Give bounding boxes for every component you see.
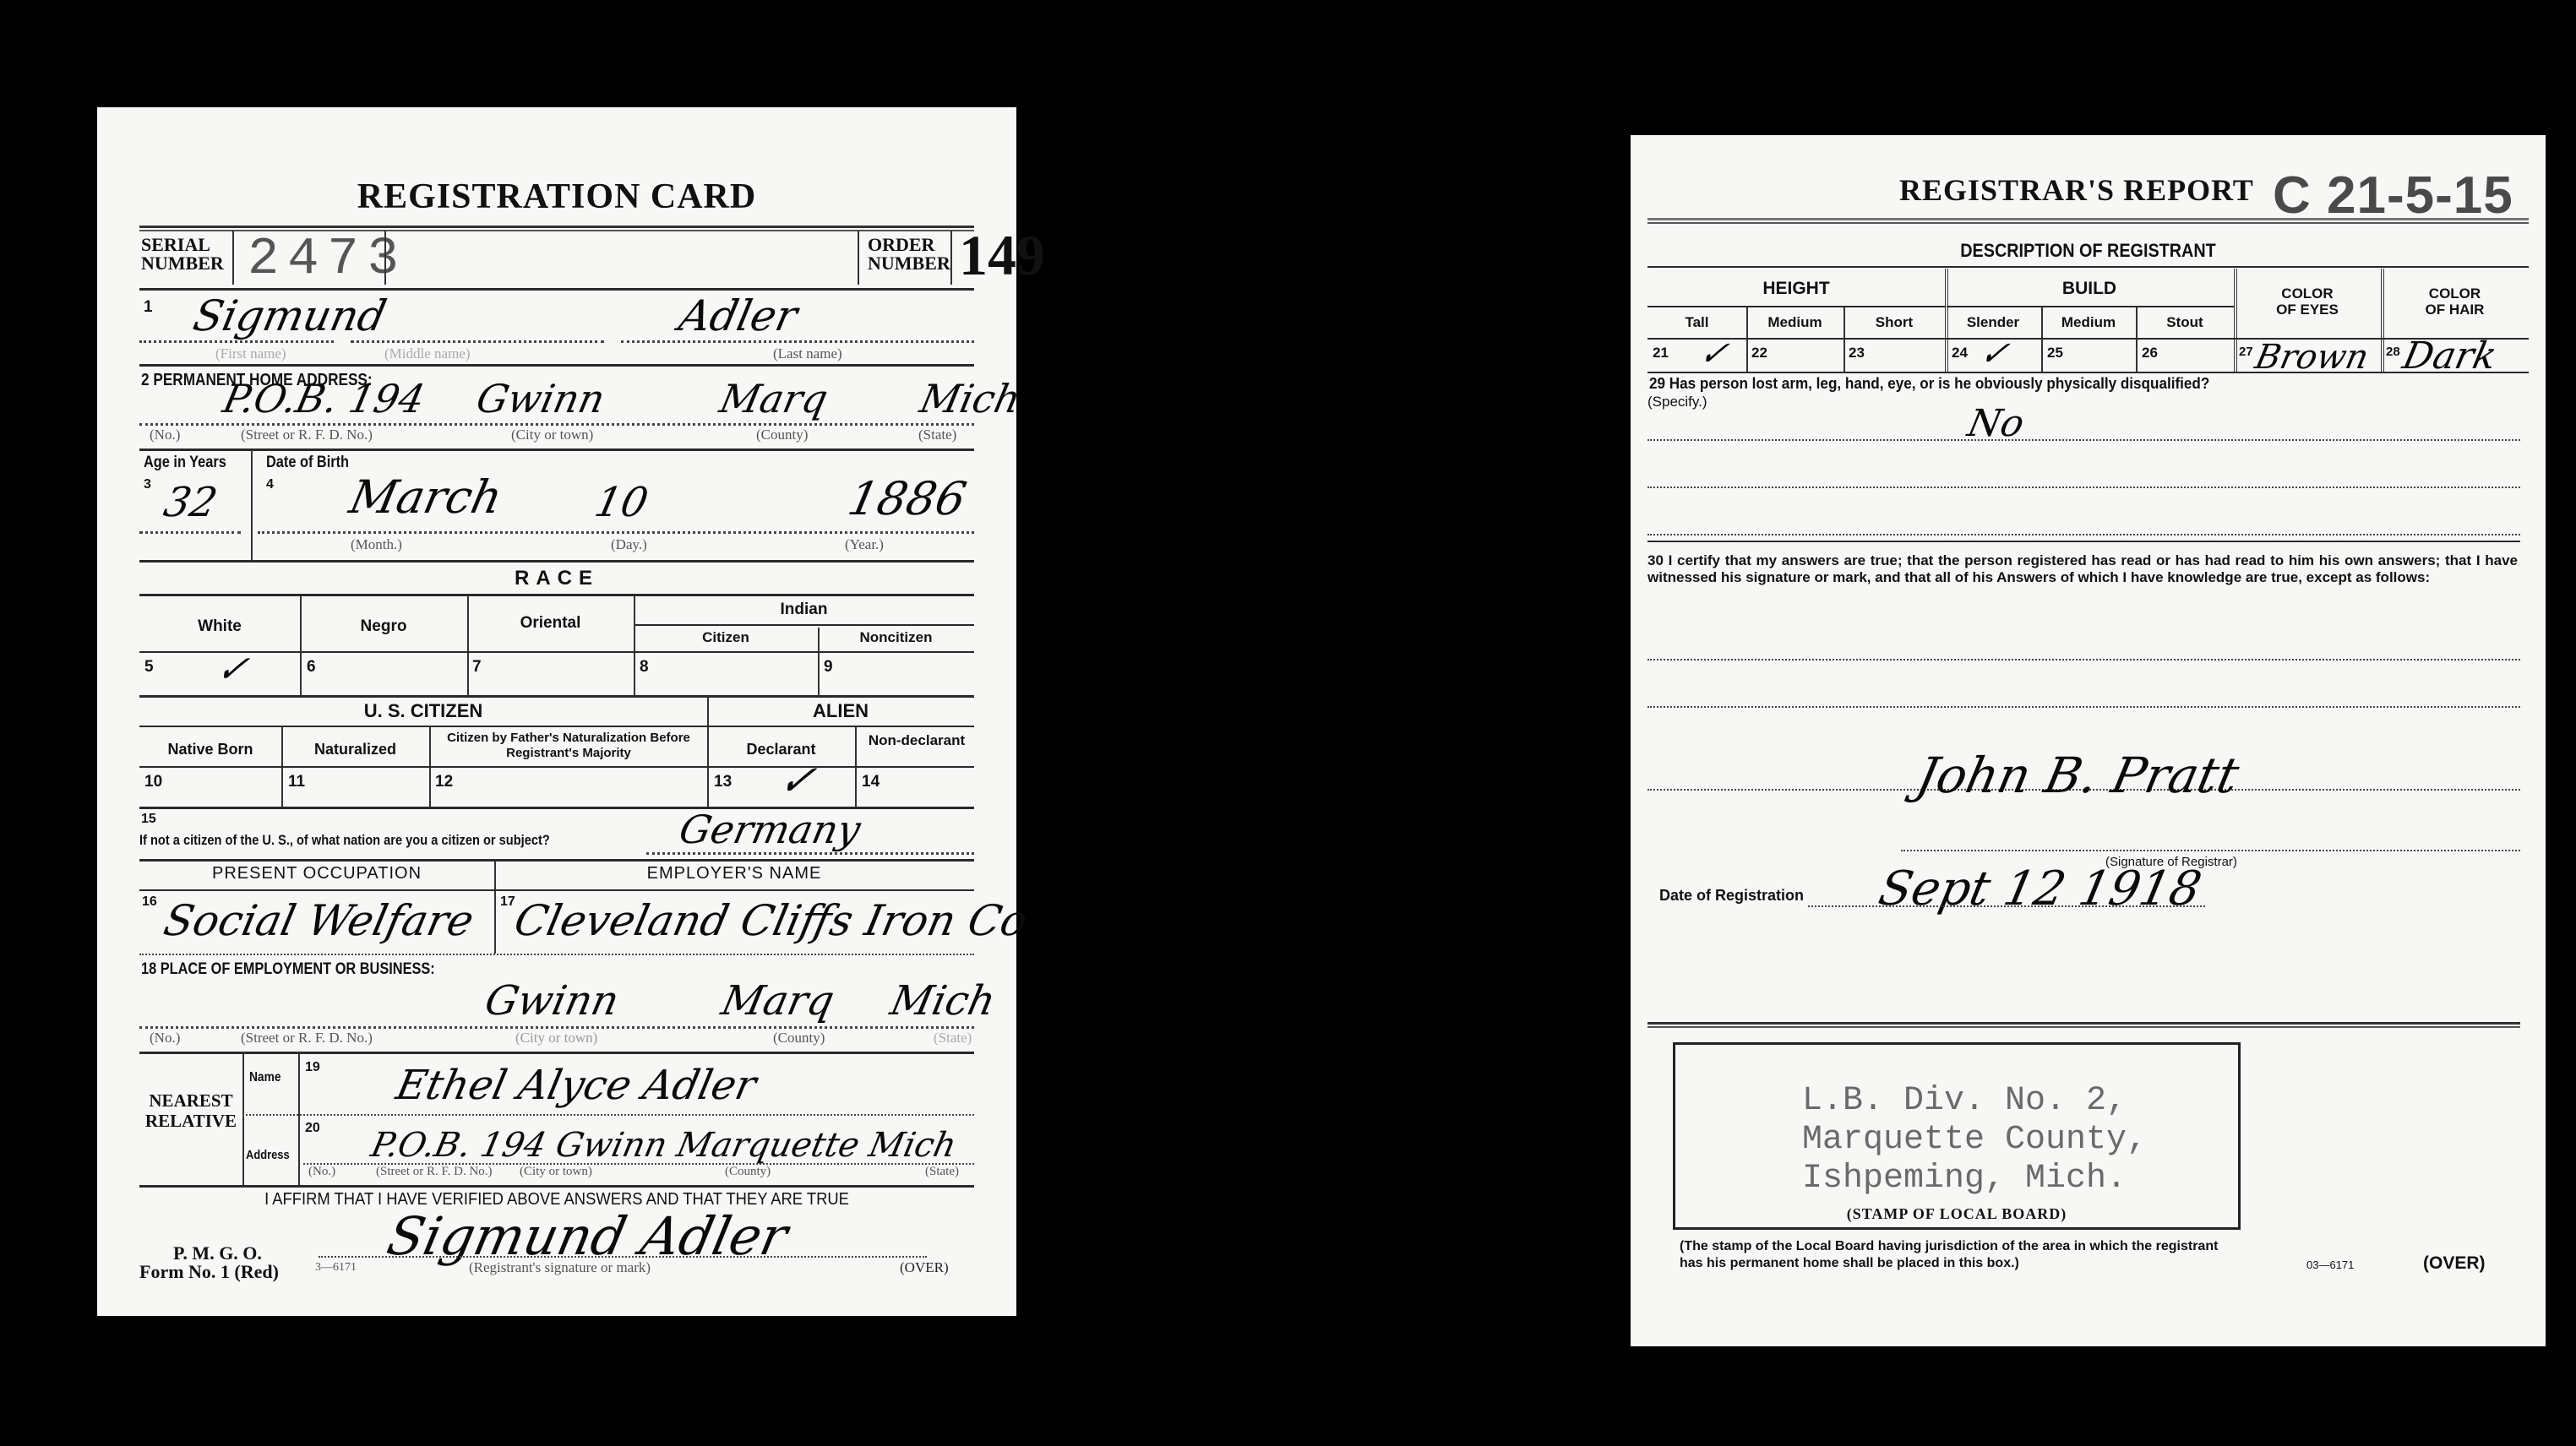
report-title: REGISTRAR'S REPORT	[1899, 172, 2254, 208]
caption-street: (Street or R. F. D. No.)	[241, 1030, 373, 1046]
race-oriental-header: Oriental	[467, 614, 634, 633]
height-tall-check: ✓	[1696, 334, 1732, 373]
birth-year-value: 1886	[843, 472, 971, 525]
local-board-stamp-box: L.B. Div. No. 2,Marquette County,Ishpemi…	[1673, 1042, 2241, 1230]
naturalized-header: Naturalized	[281, 741, 429, 758]
employment-place-label: 18 PLACE OF EMPLOYMENT OR BUSINESS:	[141, 960, 435, 979]
order-number-value: 149	[959, 222, 1045, 289]
field-number: 27	[2239, 345, 2253, 359]
relative-address-label: Address	[246, 1148, 290, 1162]
build-medium-header: Medium	[2041, 314, 2136, 331]
caption-city: (City or town)	[515, 1030, 597, 1046]
caption-no: (No.)	[150, 1030, 180, 1046]
registrars-report-card: REGISTRAR'S REPORT C 21-5-15 DESCRIPTION…	[1631, 135, 2546, 1346]
caption-state: (State)	[918, 427, 956, 443]
field-number: 8	[640, 658, 649, 677]
home-city-value: Gwinn	[472, 376, 609, 421]
build-slender-header: Slender	[1945, 314, 2041, 331]
stamp-note: (The stamp of the Local Board having jur…	[1680, 1238, 2237, 1272]
signature-caption: (Registrant's signature or mark)	[469, 1259, 651, 1276]
declarant-check: ✓	[775, 756, 820, 805]
local-board-stamp: L.B. Div. No. 2,Marquette County,Ishpemi…	[1802, 1082, 2147, 1199]
field-number: 15	[141, 812, 156, 827]
registration-date-value: Sept 12 1918	[1874, 862, 2206, 916]
race-white-header: White	[139, 617, 300, 636]
age-label: Age in Years	[144, 454, 226, 472]
relative-address-value: P.O.B. 194 Gwinn Marquette Mich	[368, 1126, 960, 1165]
relative-name-label: Name	[249, 1070, 280, 1085]
eyes-heading: COLOROF EYES	[2234, 285, 2381, 318]
first-name-caption: (First name)	[215, 345, 286, 362]
non-declarant-header: Non-declarant	[862, 732, 972, 749]
declarant-header: Declarant	[707, 741, 855, 758]
caption-city: (City or town)	[511, 427, 593, 443]
race-indian-header: Indian	[634, 601, 974, 619]
over-label: (OVER)	[900, 1259, 949, 1276]
field-number: 16	[142, 894, 157, 910]
registration-date-label: Date of Registration	[1659, 887, 1804, 905]
field-number: 4	[266, 477, 274, 492]
race-indian-citizen-header: Citizen	[634, 629, 818, 646]
occupation-heading: PRESENT OCCUPATION	[139, 864, 494, 883]
report-print-code: 03—6171	[2306, 1258, 2354, 1271]
description-heading: DESCRIPTION OF REGISTRANT	[1676, 240, 2500, 262]
occupation-value: Social Welfare	[160, 896, 478, 945]
nation-value: Germany	[675, 807, 864, 852]
caption-city: (City or town)	[520, 1165, 592, 1179]
specify-label: (Specify.)	[1647, 394, 1707, 410]
field-number: 10	[144, 773, 162, 791]
relative-name-value: Ethel Alyce Adler	[392, 1062, 760, 1109]
last-name-value: Adler	[675, 291, 802, 340]
field-number: 25	[2047, 345, 2063, 361]
father-naturalization-header: Citizen by Father's Naturalization Befor…	[435, 731, 702, 761]
native-born-header: Native Born	[139, 741, 281, 758]
field-number: 3	[144, 477, 151, 492]
employment-city-value: Gwinn	[481, 977, 624, 1025]
field-number: 13	[714, 773, 732, 791]
caption-county: (County)	[756, 427, 808, 443]
field-number: 23	[1849, 345, 1865, 361]
height-short-header: Short	[1844, 314, 1945, 331]
build-slender-check: ✓	[1976, 334, 2012, 373]
serial-number-label: SERIALNUMBER	[141, 236, 224, 273]
caption-month: (Month.)	[351, 536, 402, 553]
field-number: 26	[2142, 345, 2158, 361]
field-number: 1	[144, 298, 153, 317]
serial-number-value: 2473	[248, 229, 407, 289]
caption-year: (Year.)	[845, 536, 884, 553]
field-number: 17	[500, 894, 515, 910]
caption-no: (No.)	[308, 1165, 335, 1179]
race-indian-noncitizen-header: Noncitizen	[818, 629, 974, 646]
field-number: 24	[1952, 345, 1968, 361]
report-stamp-code: C 21-5-15	[2273, 166, 2513, 226]
build-stout-header: Stout	[2136, 314, 2234, 331]
nation-question: If not a citizen of the U. S., of what n…	[139, 832, 550, 849]
race-heading: RACE	[97, 567, 1016, 590]
field-number: 6	[307, 658, 316, 677]
race-white-check: ✓	[213, 648, 253, 691]
caption-county: (County)	[725, 1165, 771, 1179]
registrant-signature: Sigmund Adler	[382, 1205, 792, 1267]
nearest-relative-label: NEARESTRELATIVE	[139, 1090, 242, 1131]
caption-state: (State)	[925, 1165, 959, 1179]
disqualified-question: 29 Has person lost arm, leg, hand, eye, …	[1649, 375, 2488, 393]
height-heading: HEIGHT	[1647, 279, 1945, 299]
middle-name-caption: (Middle name)	[384, 345, 471, 362]
report-over-label: (OVER)	[2423, 1253, 2486, 1274]
field-number: 19	[305, 1060, 320, 1075]
caption-no: (No.)	[150, 427, 180, 443]
certification-text: 30 I certify that my answers are true; t…	[1647, 552, 2518, 586]
card-title: REGISTRATION CARD	[97, 177, 1016, 217]
print-code: 3—6171	[315, 1261, 357, 1275]
home-county-value: Marq	[716, 376, 831, 421]
caption-street: (Street or R. F. D. No.)	[376, 1165, 493, 1179]
height-medium-header: Medium	[1746, 314, 1844, 331]
hair-heading: COLOROF HAIR	[2381, 285, 2529, 318]
alien-heading: ALIEN	[707, 700, 974, 722]
employer-value: Cleveland Cliffs Iron Co	[510, 896, 1032, 945]
order-number-label: ORDERNUMBER	[868, 236, 950, 273]
employment-county-value: Marq	[717, 977, 838, 1025]
home-street-value: P.O.B. 194	[219, 376, 428, 421]
us-citizen-heading: U. S. CITIZEN	[139, 700, 707, 722]
employer-heading: EMPLOYER'S NAME	[494, 864, 974, 883]
height-tall-header: Tall	[1647, 314, 1746, 331]
field-number: 12	[435, 773, 453, 791]
caption-state: (State)	[934, 1030, 972, 1046]
last-name-caption: (Last name)	[773, 345, 842, 362]
employment-state-value: Mich	[886, 977, 999, 1025]
field-number: 7	[472, 658, 482, 677]
stamp-caption: (STAMP OF LOCAL BOARD)	[1675, 1205, 2238, 1223]
field-number: 14	[862, 773, 880, 791]
caption-day: (Day.)	[611, 536, 647, 553]
registration-card: REGISTRATION CARD SERIALNUMBER 2473 ORDE…	[97, 107, 1016, 1316]
field-number: 9	[824, 658, 833, 677]
race-negro-header: Negro	[300, 617, 467, 636]
form-id: P. M. G. O. Form No. 1 (Red)	[139, 1244, 279, 1281]
home-state-value: Mich	[916, 376, 1025, 421]
first-name-value: Sigmund	[189, 291, 390, 340]
field-number: 22	[1751, 345, 1767, 361]
field-number: 21	[1653, 345, 1669, 361]
birth-day-value: 10	[591, 479, 652, 526]
build-heading: BUILD	[1945, 279, 2234, 299]
field-number: 11	[288, 773, 305, 791]
registrar-signature: John B. Pratt	[1912, 747, 2244, 804]
age-value: 32	[160, 479, 221, 526]
birth-label: Date of Birth	[266, 454, 349, 472]
field-number: 5	[144, 658, 154, 677]
birth-month-value: March	[345, 470, 507, 524]
field-number: 20	[305, 1121, 320, 1136]
caption-county: (County)	[773, 1030, 825, 1046]
caption-street: (Street or R. F. D. No.)	[241, 427, 373, 443]
field-number: 28	[2386, 345, 2400, 359]
